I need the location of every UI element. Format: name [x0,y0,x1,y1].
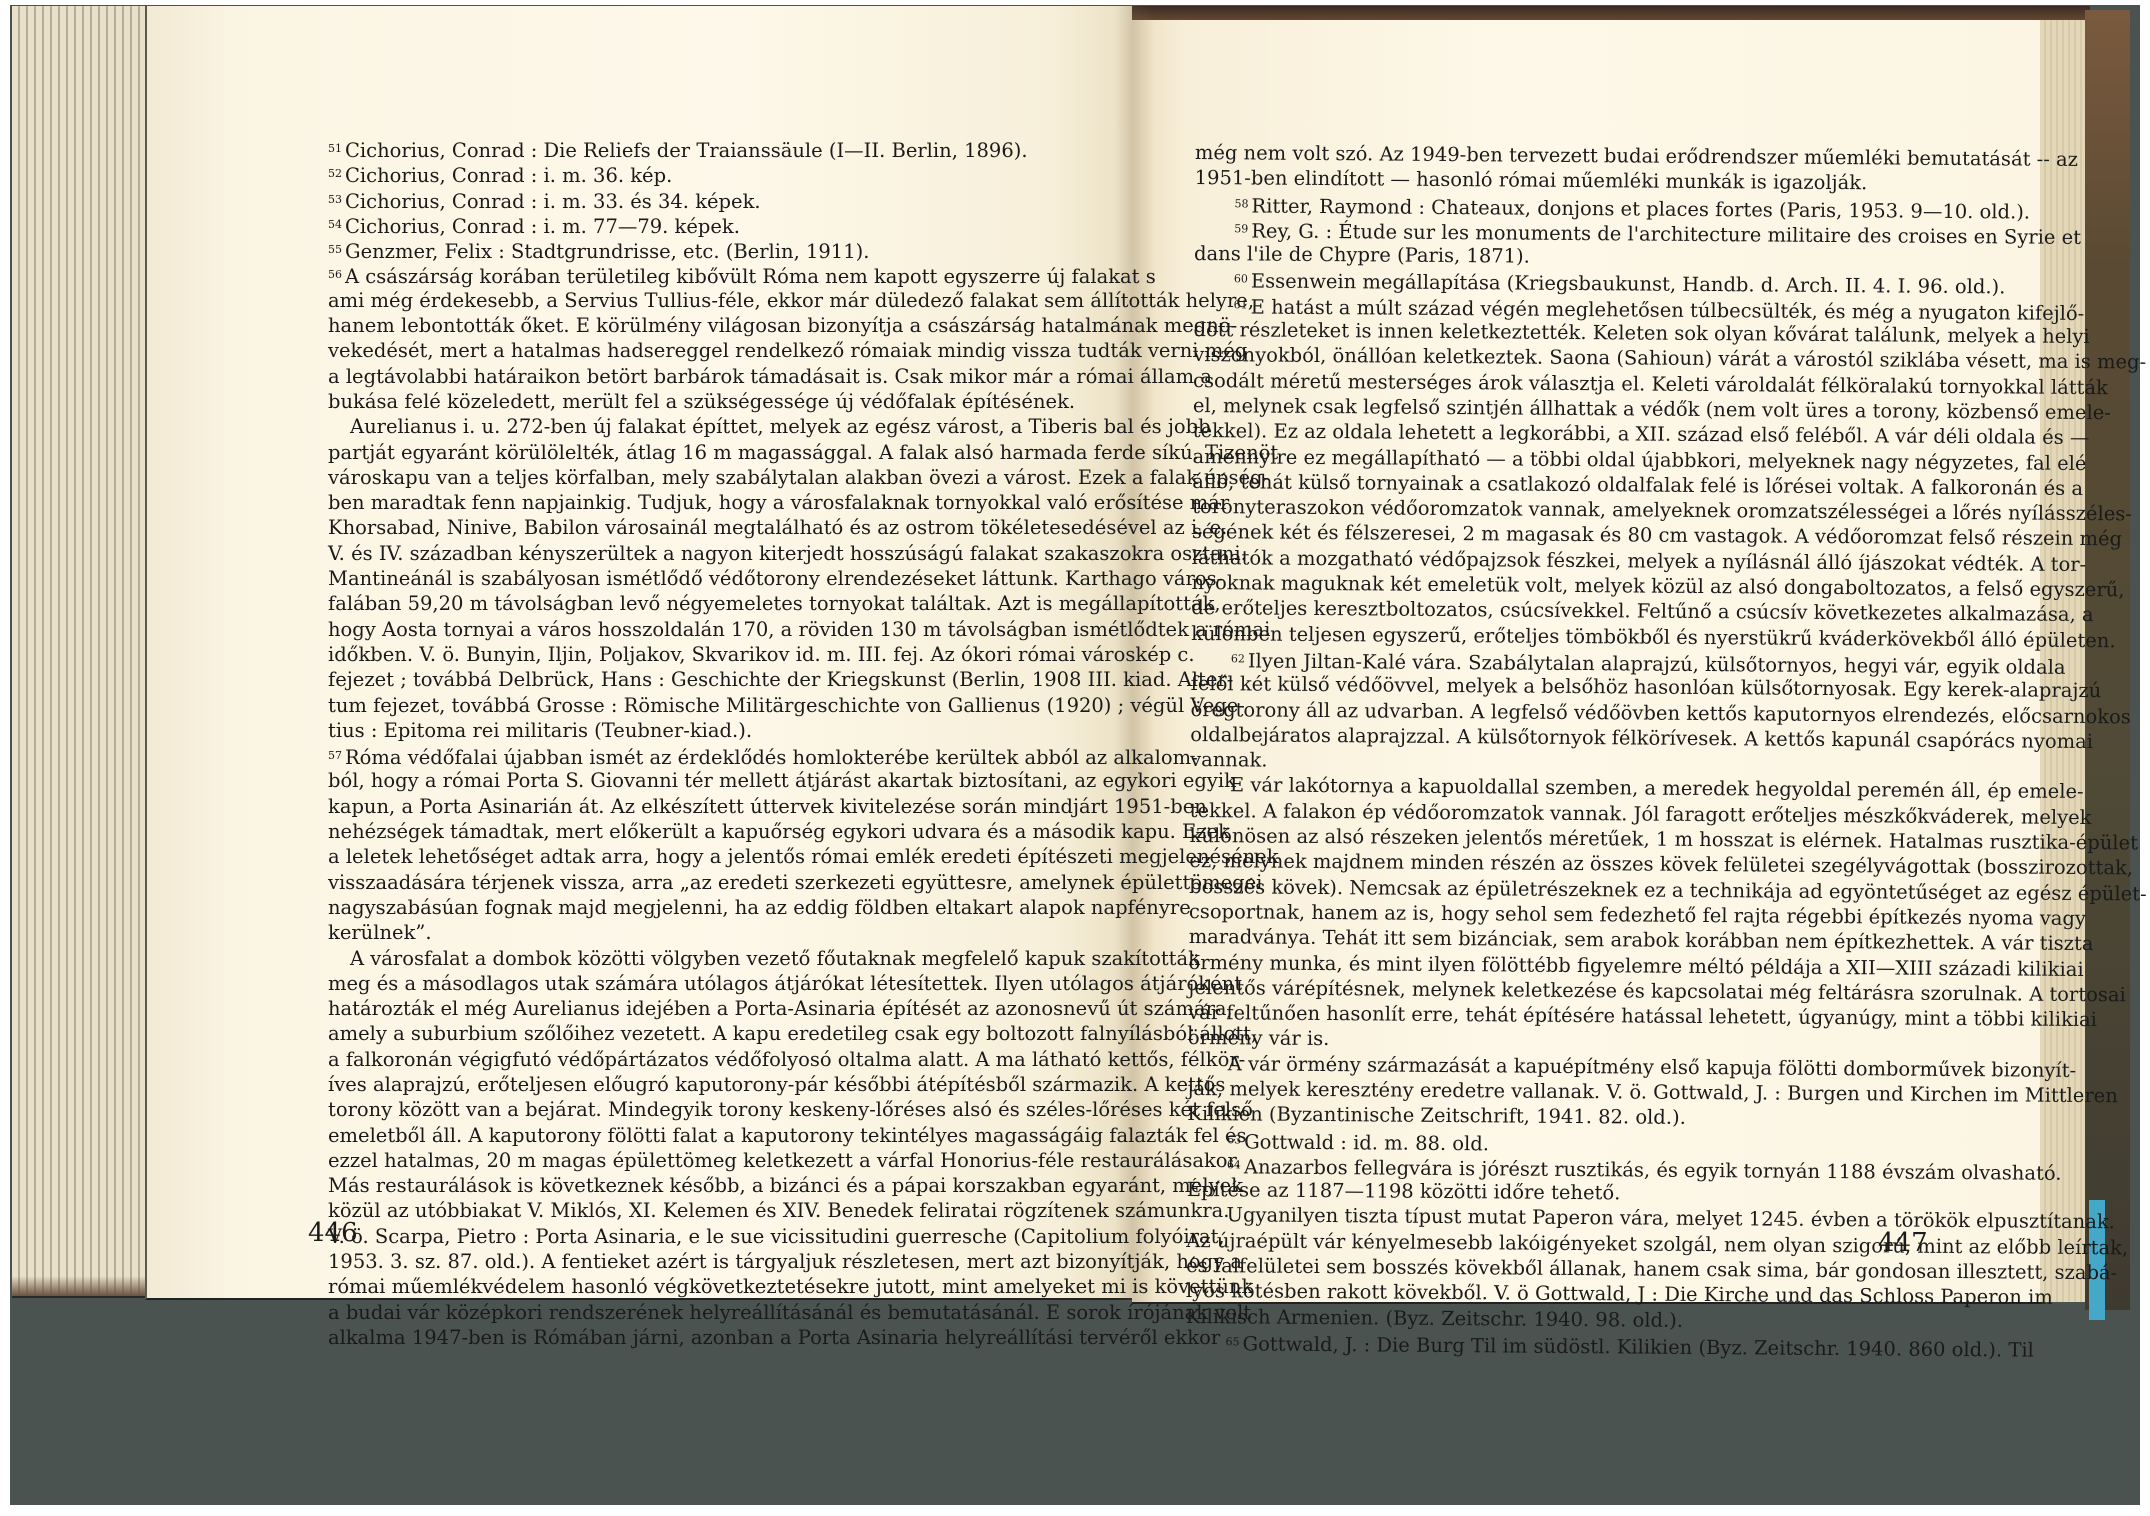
text-line: közül az utóbbiakat V. Miklós, XI. Kelem… [328,1198,1048,1223]
line-text: római műemlékvédelem hasonló végkövetkez… [328,1275,1253,1298]
line-text: emeletből áll. A kaputorony fölötti fala… [328,1124,1246,1147]
text-line: a legtávolabbi határaikon betört barbáro… [328,364,1048,389]
line-text: tius : Epitoma rei militaris (Teubner-ki… [328,719,752,742]
left-page-stack [12,6,147,1298]
line-text: Gottwald : id. m. 88. old. [1244,1130,1489,1155]
text-line: íves alaprajzú, erőteljesen előugró kapu… [328,1072,1048,1097]
line-text: a leletek lehetőséget adtak arra, hogy a… [328,845,1279,868]
line-text: A városfalat a dombok közötti völgyben v… [350,947,1200,970]
text-line: V. és IV. században kényszerültek a nagy… [328,541,1048,566]
line-text: városkapu van a teljes körfalban, mely s… [328,466,1269,489]
line-text: dans l'ile de Chypre (Paris, 1871). [1194,242,1530,268]
footnote-line: 55Genzmer, Felix : Stadtgrundrisse, etc.… [328,237,1048,262]
footnote-number: 55 [328,243,342,256]
text-line: ami még érdekesebb, a Servius Tullius-fé… [328,288,1048,313]
line-text: kapun, a Porta Asinarián át. Az elkészít… [328,795,1207,818]
footnote-number: 58 [1234,197,1248,210]
line-text: bukása felé közeledett, merült fel a szü… [328,390,1075,413]
text-line: alkalma 1947-ben is Rómában járni, azonb… [328,1325,1048,1350]
text-line: meg és a másodlagos utak számára utólago… [328,971,1048,996]
line-text: fejezet ; továbbá Delbrück, Hans : Gesch… [328,668,1233,691]
text-line: Mantineánál is szabályosan ismétlődő véd… [328,566,1048,591]
line-text: Más restaurálások is következnek később,… [328,1174,1243,1197]
footnote-number: 53 [328,193,342,206]
text-line: 1953. 3. sz. 87. old.). A fentieket azér… [328,1249,1048,1274]
line-text: közül az utóbbiakat V. Miklós, XI. Kelem… [328,1199,1229,1222]
text-line: a leletek lehetőséget adtak arra, hogy a… [328,844,1048,869]
footnote-line: 54Cichorius, Conrad : i. m. 77—79. képek… [328,212,1048,237]
text-line: nehézségek támadtak, mert előkerült a ka… [328,819,1048,844]
line-text: Építése az 1187—1198 közötti időre tehet… [1187,1178,1621,1204]
line-text: Mantineánál is szabályosan ismétlődő véd… [328,567,1223,590]
footnote-number: 54 [328,218,342,231]
book-cover-right [2085,10,2130,1310]
text-line: ezzel hatalmas, 20 m magas épülettömeg k… [328,1148,1048,1173]
line-text: A császárság korában területileg kibővül… [345,265,1156,288]
text-line: A városfalat a dombok közötti völgyben v… [328,946,1048,971]
text-line: városkapu van a teljes körfalban, mely s… [328,465,1048,490]
footnote-line: 51Cichorius, Conrad : Die Reliefs der Tr… [328,136,1048,161]
line-text: V. és IV. században kényszerültek a nagy… [328,542,1247,565]
text-line: emeletből áll. A kaputorony fölötti fala… [328,1123,1048,1148]
line-text: ezzel hatalmas, 20 m magas épülettömeg k… [328,1149,1241,1172]
line-text: visszaadására térjenek vissza, arra „az … [328,871,1262,894]
line-text: 1951-ben elindított — hasonló római műem… [1195,166,1868,194]
line-text: íves alaprajzú, erőteljesen előugró kapu… [328,1073,1225,1096]
footnote-number: 56 [328,268,342,281]
line-text: Cichorius, Conrad : i. m. 36. kép. [345,164,672,187]
text-line: hanem lebontották őket. E körülmény vilá… [328,313,1048,338]
footnote-number: 52 [328,167,342,180]
text-line: Más restaurálások is következnek később,… [328,1173,1048,1198]
line-text: alkalma 1947-ben is Rómában járni, azonb… [328,1326,1220,1349]
footnote-line: 65Gottwald, J. : Die Burg Til im südöstl… [1185,1329,1945,1360]
text-line: kerülnek”. [328,920,1048,945]
line-text: kerülnek”. [328,921,432,944]
line-text: nagyszabásúan fognak majd megjelenni, ha… [328,896,1191,919]
line-text: partját egyaránt körülölelték, átlag 16 … [328,441,1278,464]
text-line: fejezet ; továbbá Delbrück, Hans : Gesch… [328,667,1048,692]
line-text: 1953. 3. sz. 87. old.). A fentieket azér… [328,1250,1242,1273]
text-line: kapun, a Porta Asinarián át. Az elkészít… [328,794,1048,819]
line-text: Khorsabad, Ninive, Babilon városainál me… [328,516,1227,539]
line-text: örmény vár is. [1188,1026,1330,1050]
line-text: ben maradtak fenn napjainkig. Tudjuk, ho… [328,491,1229,514]
line-text: vekedését, mert a hatalmas hadsereggel r… [328,339,1247,362]
text-line: visszaadására térjenek vissza, arra „az … [328,870,1048,895]
line-text: Kilikisch Armenien. (Byz. Zeitschr. 1940… [1186,1305,1683,1332]
footnote-number: 65 [1226,1335,1240,1348]
footnote-line: 53Cichorius, Conrad : i. m. 33. és 34. k… [328,187,1048,212]
line-text: Kilikien (Byzantinische Zeitschrift, 194… [1187,1102,1686,1129]
line-text: meg és a másodlagos utak számára utólago… [328,972,1242,995]
text-line: a budai vár középkori rendszerének helyr… [328,1300,1048,1325]
line-text: nehézségek támadtak, mert előkerült a ka… [328,820,1230,843]
footnote-number: 62 [1231,652,1245,665]
text-line: amely a suburbium szőlőihez vezetett. A … [328,1021,1048,1046]
line-text: V. ö. Scarpa, Pietro : Porta Asinaria, e… [328,1225,1225,1248]
line-text: a budai vár középkori rendszerének helyr… [328,1301,1251,1324]
page-number-right: 447 [1878,1228,1928,1258]
line-text: Aurelianus i. u. 272-ben új falakat épít… [350,415,1211,438]
right-page-text: még nem volt szó. Az 1949-ben tervezett … [1185,140,1955,1360]
footnote-number: 51 [328,142,342,155]
text-line: időkben. V. ö. Bunyin, Iljin, Poljakov, … [328,642,1048,667]
footnote-number: 57 [328,749,342,762]
footnote-number: 61 [1234,298,1248,311]
text-line: torony között van a bejárat. Mindegyik t… [328,1097,1048,1122]
line-text: határozták el még Aurelianus idejében a … [328,997,1233,1020]
text-line: ból, hogy a római Porta S. Giovanni tér … [328,768,1048,793]
text-line: nagyszabásúan fognak majd megjelenni, ha… [328,895,1048,920]
line-text: falában 59,20 m távolságban levő négyeme… [328,592,1221,615]
line-text: hanem lebontották őket. E körülmény vilá… [328,314,1237,337]
footnote-number: 63 [1227,1133,1241,1146]
text-line: bukása felé közeledett, merült fel a szü… [328,389,1048,414]
text-line: vekedését, mert a hatalmas hadsereggel r… [328,338,1048,363]
line-text: Cichorius, Conrad : i. m. 33. és 34. kép… [345,190,761,213]
left-page-text: 51Cichorius, Conrad : Die Reliefs der Tr… [328,136,1048,1350]
text-line: tius : Epitoma rei militaris (Teubner-ki… [328,718,1048,743]
text-line: V. ö. Scarpa, Pietro : Porta Asinaria, e… [328,1224,1048,1249]
line-text: Cichorius, Conrad : Die Reliefs der Trai… [345,139,1028,162]
line-text: a falkoronán végigfutó védőpártázatos vé… [328,1048,1245,1071]
text-line: partját egyaránt körülölelték, átlag 16 … [328,440,1048,465]
footnote-line: 57Róma védőfalai újabban ismét az érdekl… [328,743,1048,768]
text-line: tum fejezet, továbbá Grosse : Römische M… [328,693,1048,718]
line-text: amely a suburbium szőlőihez vezetett. A … [328,1022,1257,1045]
line-text: ból, hogy a római Porta S. Giovanni tér … [328,769,1236,792]
line-text: ami még érdekesebb, a Servius Tullius-fé… [328,289,1254,312]
line-text: Róma védőfalai újabban ismét az érdeklőd… [345,746,1198,769]
footnote-line: 56A császárság korában területileg kibőv… [328,262,1048,287]
text-line: római műemlékvédelem hasonló végkövetkez… [328,1274,1048,1299]
line-text: a legtávolabbi határaikon betört barbáro… [328,365,1212,388]
text-line: ben maradtak fenn napjainkig. Tudjuk, ho… [328,490,1048,515]
text-line: falában 59,20 m távolságban levő négyeme… [328,591,1048,616]
text-line: Khorsabad, Ninive, Babilon városainál me… [328,515,1048,540]
footnote-number: 60 [1234,273,1248,286]
text-line: a falkoronán végigfutó védőpártázatos vé… [328,1047,1048,1072]
footnote-line: 52Cichorius, Conrad : i. m. 36. kép. [328,161,1048,186]
line-text: torony között van a bejárat. Mindegyik t… [328,1098,1253,1121]
line-text: vannak. [1190,748,1268,772]
line-text: tum fejezet, továbbá Grosse : Römische M… [328,694,1245,717]
footnote-number: 64 [1227,1158,1241,1171]
text-line: határozták el még Aurelianus idejében a … [328,996,1048,1021]
text-line: Aurelianus i. u. 272-ben új falakat épít… [328,414,1048,439]
footnote-number: 59 [1234,222,1248,235]
line-text: Cichorius, Conrad : i. m. 77—79. képek. [345,215,740,238]
line-text: hogy Aosta tornyai a város hosszoldalán … [328,618,1270,641]
line-text: időkben. V. ö. Bunyin, Iljin, Poljakov, … [328,643,1195,666]
page-number-left: 446 [308,1218,358,1248]
line-text: Genzmer, Felix : Stadtgrundrisse, etc. (… [345,240,869,263]
text-line: hogy Aosta tornyai a város hosszoldalán … [328,617,1048,642]
